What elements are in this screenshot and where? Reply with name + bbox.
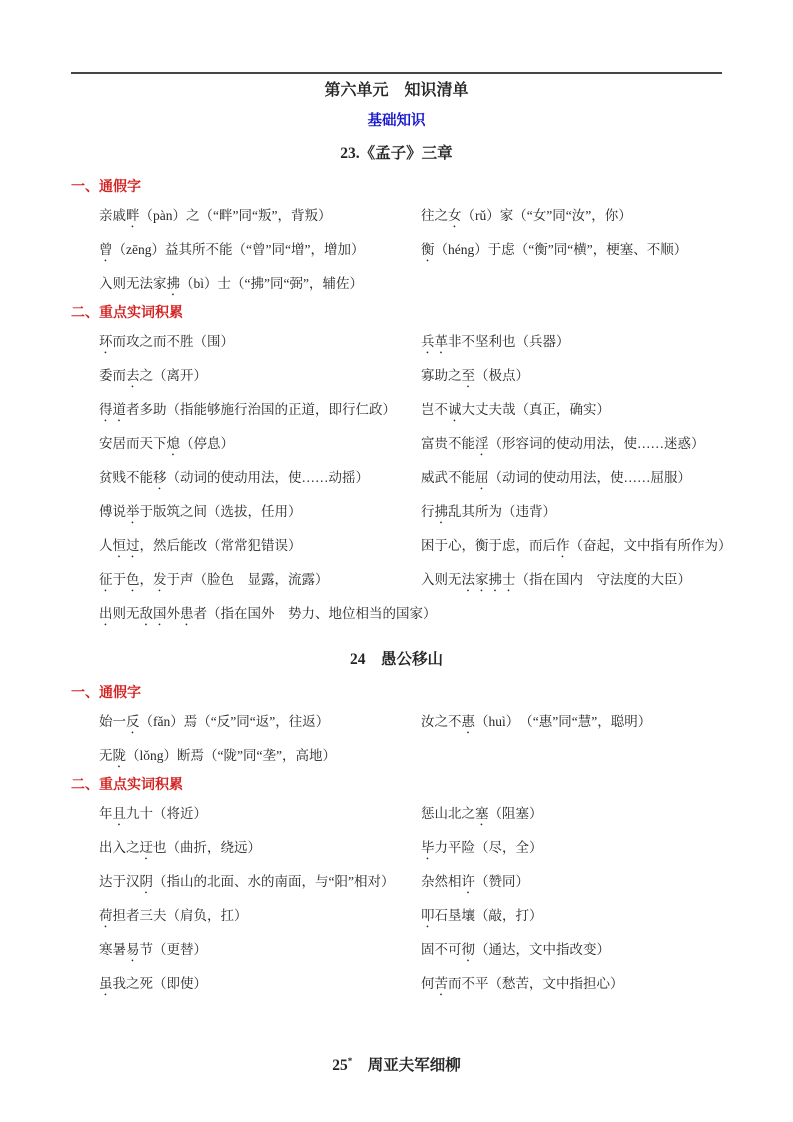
entry-row: 寒暑易节（更替）固不可彻（通达，文中指改变）	[99, 933, 722, 967]
emphasized-char: 拂	[167, 276, 181, 291]
emphasized-char: 至	[462, 368, 476, 383]
entry-right: 威武不能屈（动词的使动用法，使……屈服）	[421, 461, 691, 495]
lesson-2: 24 愚公移山一、通假字始一反（fǎn）焉（“反”同“返”，往返）汝之不惠（hu…	[71, 650, 722, 1001]
entry-row: 出则无敌国外患者（指在国外 势力、地位相当的国家）	[99, 597, 722, 631]
entry-row: 亲戚畔（pàn）之（“畔”同“叛”，背叛）往之女（rǔ）家（“女”同“汝”，你）	[99, 199, 722, 233]
emphasized-char: 曾	[99, 242, 113, 257]
document-page: 第六单元 知识清单 基础知识 23.《孟子》三章一、通假字亲戚畔（pàn）之（“…	[0, 0, 793, 1122]
emphasized-char: 患	[180, 606, 194, 621]
self-study-star-marker: *	[348, 1056, 353, 1066]
section: 一、通假字亲戚畔（pàn）之（“畔”同“叛”，背叛）往之女（rǔ）家（“女”同“…	[71, 179, 722, 301]
emphasized-char: 淫	[475, 436, 489, 451]
entry-left: 安居而天下熄（停息）	[99, 427, 421, 461]
emphasized-char: 女	[448, 208, 462, 223]
emphasized-char: 举	[126, 504, 140, 519]
entry-row: 委而去之（离开）寡助之至（极点）	[99, 359, 722, 393]
entry-left: 荷担者三夫（肩负，扛）	[99, 899, 421, 933]
entry-row: 贫贱不能移（动词的使动用法，使……动摇）威武不能屈（动词的使动用法，使……屈服）	[99, 461, 722, 495]
emphasized-char: 去	[126, 368, 140, 383]
entry-rows: 年且九十（将近）惩山北之塞（阻塞）出入之迂也（曲折，绕远）毕力平险（尽，全）达于…	[99, 797, 722, 1001]
emphasized-char: 陇	[113, 748, 127, 763]
entry-row: 征于色，发于声（脸色 显露，流露）入则无法家拂士（指在国内 守法度的大臣）	[99, 563, 722, 597]
entry-row: 曾（zēng）益其所不能（“曾”同“增”，增加）衡（héng）于虑（“衡”同“横…	[99, 233, 722, 267]
entry-left: 达于汉阴（指山的北面、水的南面，与“阳”相对）	[99, 865, 421, 899]
emphasized-char: 彻	[462, 942, 476, 957]
entry-right: 富贵不能淫（形容词的使动用法，使……迷惑）	[421, 427, 705, 461]
emphasized-char: 作	[556, 538, 570, 553]
entry-row: 始一反（fǎn）焉（“反”同“返”，往返）汝之不惠（huì） （“惠”同“慧”，…	[99, 705, 722, 739]
emphasized-char: 屈	[475, 470, 489, 485]
entry-row: 出入之迂也（曲折，绕远）毕力平险（尽，全）	[99, 831, 722, 865]
emphasized-char: 移	[153, 470, 167, 485]
entry-left: 年且九十（将近）	[99, 797, 421, 831]
emphasized-char: 发	[153, 572, 167, 587]
entry-right: 何苦而不平（愁苦，文中指担心）	[421, 967, 624, 1001]
emphasized-char: 法家拂士	[462, 572, 516, 587]
emphasized-char: 毕	[421, 840, 435, 855]
entry-row: 入则无法家拂（bì）士（“拂”同“弼”，辅佐）	[99, 267, 722, 301]
emphasized-char: 苦	[435, 976, 449, 991]
emphasized-char: 征	[99, 572, 113, 587]
entry-row: 虽我之死（即使）何苦而不平（愁苦，文中指担心）	[99, 967, 722, 1001]
entry-left: 征于色，发于声（脸色 显露，流露）	[99, 563, 421, 597]
entry-row: 人恒过，然后能改（常常犯错误）困于心，衡于虑，而后作（奋起，文中指有所作为）	[99, 529, 722, 563]
entry-row: 无陇（lǒng）断焉（“陇”同“垄”，高地）	[99, 739, 722, 773]
entry-right: 兵革非不坚利也（兵器）	[421, 325, 570, 359]
entry-row: 得道者多助（指能够施行治国的正道，即行仁政）岂不诚大丈夫哉（真正，确实）	[99, 393, 722, 427]
entry-right: 杂然相许（赞同）	[421, 865, 529, 899]
entry-left: 傅说举于版筑之间（选拔，任用）	[99, 495, 421, 529]
entry-row: 达于汉阴（指山的北面、水的南面，与“阳”相对）杂然相许（赞同）	[99, 865, 722, 899]
entry-left: 环而攻之而不胜（围）	[99, 325, 421, 359]
emphasized-char: 兵革	[421, 334, 448, 349]
section-heading: 一、通假字	[71, 685, 722, 703]
section: 一、通假字始一反（fǎn）焉（“反”同“返”，往返）汝之不惠（huì） （“惠”…	[71, 685, 722, 773]
lesson-title: 23.《孟子》三章	[71, 144, 722, 164]
emphasized-char: 出	[99, 606, 113, 621]
entry-right: 行拂乱其所为（违背）	[421, 495, 556, 529]
entry-left: 出入之迂也（曲折，绕远）	[99, 831, 421, 865]
entry-left: 虽我之死（即使）	[99, 967, 421, 1001]
emphasized-char: 许	[462, 874, 476, 889]
entry-left: 人恒过，然后能改（常常犯错误）	[99, 529, 421, 563]
lesson-1: 23.《孟子》三章一、通假字亲戚畔（pàn）之（“畔”同“叛”，背叛）往之女（r…	[71, 144, 722, 631]
entry-right: 惩山北之塞（阻塞）	[421, 797, 543, 831]
emphasized-char: 荷	[99, 908, 113, 923]
entry-row: 荷担者三夫（肩负，扛）叩石垦壤（敲，打）	[99, 899, 722, 933]
emphasized-char: 惠	[462, 714, 476, 729]
emphasized-char: 熄	[167, 436, 181, 451]
emphasized-char: 阴	[140, 874, 154, 889]
entry-left: 贫贱不能移（动词的使动用法，使……动摇）	[99, 461, 421, 495]
emphasized-char: 拂	[435, 504, 449, 519]
emphasized-char: 色	[126, 572, 140, 587]
entry-row: 安居而天下熄（停息）富贵不能淫（形容词的使动用法，使……迷惑）	[99, 427, 722, 461]
emphasized-char: 迂	[140, 840, 154, 855]
entry-right: 固不可彻（通达，文中指改变）	[421, 933, 610, 967]
emphasized-char: 且	[113, 806, 127, 821]
entry-right: 岂不诚大丈夫哉（真正，确实）	[421, 393, 610, 427]
entry-row: 傅说举于版筑之间（选拔，任用）行拂乱其所为（违背）	[99, 495, 722, 529]
section-heading: 一、通假字	[71, 179, 722, 197]
section: 二、重点实词积累年且九十（将近）惩山北之塞（阻塞）出入之迂也（曲折，绕远）毕力平…	[71, 777, 722, 1001]
entry-left: 无陇（lǒng）断焉（“陇”同“垄”，高地）	[99, 739, 421, 773]
entry-right: 衡（héng）于虑（“衡”同“横”，梗塞、不顺）	[421, 233, 687, 267]
entry-left: 委而去之（离开）	[99, 359, 421, 393]
entry-right: 毕力平险（尽，全）	[421, 831, 543, 865]
entry-left: 曾（zēng）益其所不能（“曾”同“增”，增加）	[99, 233, 421, 267]
lesson-title: 25* 周亚夫军细柳	[71, 1051, 722, 1076]
entry-left: 亲戚畔（pàn）之（“畔”同“叛”，背叛）	[99, 199, 421, 233]
entry-rows: 始一反（fǎn）焉（“反”同“返”，往返）汝之不惠（huì） （“惠”同“慧”，…	[99, 705, 722, 773]
basic-knowledge-link[interactable]: 基础知识	[71, 112, 722, 130]
emphasized-char: 衡	[421, 242, 435, 257]
entry-left: 寒暑易节（更替）	[99, 933, 421, 967]
entry-row: 年且九十（将近）惩山北之塞（阻塞）	[99, 797, 722, 831]
entry-right: 往之女（rǔ）家（“女”同“汝”，你）	[421, 199, 632, 233]
section: 二、重点实词积累环而攻之而不胜（围）兵革非不坚利也（兵器）委而去之（离开）寡助之…	[71, 305, 722, 631]
entry-left: 出则无敌国外患者（指在国外 势力、地位相当的国家）	[99, 597, 437, 631]
lesson-3: 25* 周亚夫军细柳	[71, 1051, 722, 1076]
entry-right: 汝之不惠（huì） （“惠”同“慧”，聪明）	[421, 705, 651, 739]
emphasized-char: 畔	[126, 208, 140, 223]
emphasized-char: 易	[126, 942, 140, 957]
emphasized-char: 叩	[421, 908, 435, 923]
entry-left: 入则无法家拂（bì）士（“拂”同“弼”，辅佐）	[99, 267, 421, 301]
section-heading: 二、重点实词积累	[71, 777, 722, 795]
section-heading: 二、重点实词积累	[71, 305, 722, 323]
lessons-container: 23.《孟子》三章一、通假字亲戚畔（pàn）之（“畔”同“叛”，背叛）往之女（r…	[71, 144, 722, 1076]
entry-row: 环而攻之而不胜（围）兵革非不坚利也（兵器）	[99, 325, 722, 359]
entry-left: 得道者多助（指能够施行治国的正道，即行仁政）	[99, 393, 421, 427]
entry-right: 寡助之至（极点）	[421, 359, 529, 393]
emphasized-char: 诚	[448, 402, 462, 417]
emphasized-char: 得道	[99, 402, 126, 417]
emphasized-char: 恒过	[113, 538, 140, 553]
entry-left: 始一反（fǎn）焉（“反”同“返”，往返）	[99, 705, 421, 739]
top-rule	[71, 72, 722, 74]
entry-rows: 亲戚畔（pàn）之（“畔”同“叛”，背叛）往之女（rǔ）家（“女”同“汝”，你）…	[99, 199, 722, 301]
entry-right: 困于心，衡于虑，而后作（奋起，文中指有所作为）	[421, 529, 732, 563]
emphasized-char: 虽	[99, 976, 113, 991]
entry-rows: 环而攻之而不胜（围）兵革非不坚利也（兵器）委而去之（离开）寡助之至（极点）得道者…	[99, 325, 722, 631]
lesson-title: 24 愚公移山	[71, 650, 722, 670]
entry-right: 入则无法家拂士（指在国内 守法度的大臣）	[421, 563, 691, 597]
entry-right: 叩石垦壤（敲，打）	[421, 899, 543, 933]
emphasized-char: 反	[126, 714, 140, 729]
emphasized-char: 敌国	[140, 606, 167, 621]
emphasized-char: 环	[99, 334, 113, 349]
doc-title: 第六单元 知识清单	[71, 81, 722, 101]
emphasized-char: 塞	[475, 806, 489, 821]
